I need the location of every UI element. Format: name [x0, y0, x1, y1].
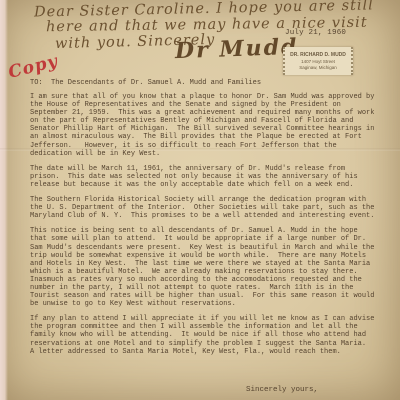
- handwritten-signature: Dr Mudd: [175, 34, 299, 64]
- page-edge: [0, 0, 8, 400]
- closing-line: Sincerely yours,: [246, 386, 318, 394]
- paragraph-plaque-approval: I am sure that all of you know that a pl…: [30, 93, 375, 158]
- paragraph-dedication-date: The date will be March 11, 1961, the ann…: [30, 165, 375, 189]
- sender-city: Saginaw, Michigan: [299, 65, 337, 70]
- sender-street: 1407 Hoyt Street: [301, 59, 335, 64]
- letter-body: I am sure that all of you know that a pl…: [30, 93, 375, 363]
- sender-address-label: DR. RICHARD D. MUDD 1407 Hoyt Street Sag…: [283, 47, 353, 75]
- paragraph-rsvp-request: If any plan to attend I will appreciate …: [30, 315, 375, 355]
- to-line: TO: The Descendants of Dr. Samuel A. Mud…: [30, 79, 261, 87]
- sender-name: DR. RICHARD D. MUDD: [290, 53, 346, 58]
- paragraph-attendance-invite: This notice is being sent to all descend…: [30, 227, 375, 308]
- paragraph-historical-society: The Southern Florida Historical Society …: [30, 196, 375, 220]
- letter-date: July 21, 1960: [285, 29, 346, 37]
- letter-page: Dear Sister Caroline. I hope you are sti…: [0, 0, 400, 400]
